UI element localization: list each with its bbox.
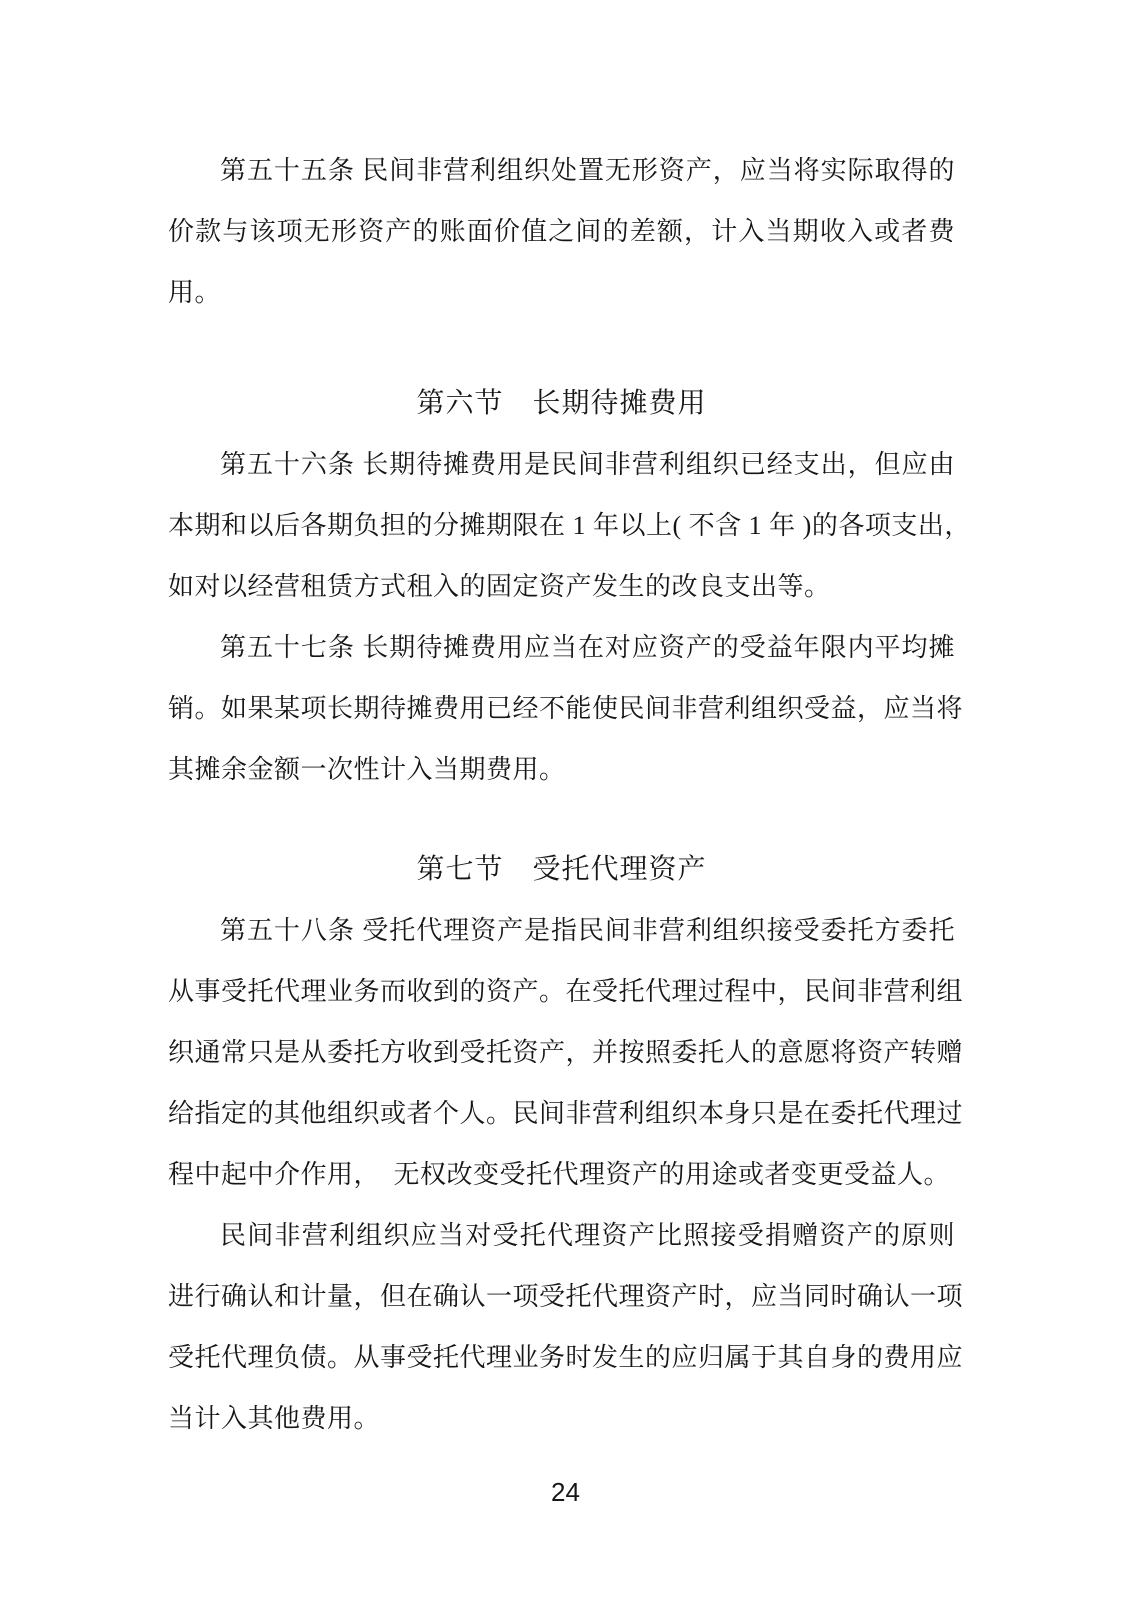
page-body: 第五十五条 民间非营利组织处置无形资产，应当将实际取得的 价款与该项无形资产的账…: [168, 140, 955, 1449]
article-57-line-3: 其摊余金额一次性计入当期费用。: [168, 739, 955, 800]
article-58-line-3: 织通常只是从委托方收到受托资产，并按照委托人的意愿将资产转赠: [168, 1022, 955, 1083]
article-57-line-1: 第五十七条 长期待摊费用应当在对应资产的受益年限内平均摊: [168, 617, 955, 678]
article-58-line-2: 从事受托代理业务而收到的资产。在受托代理过程中，民间非营利组: [168, 961, 955, 1022]
article-58-line-1: 第五十八条 受托代理资产是指民间非营利组织接受委托方委托: [168, 900, 955, 961]
article-58-line-4: 给指定的其他组织或者个人。民间非营利组织本身只是在委托代理过: [168, 1083, 955, 1144]
article-56-line-2: 本期和以后各期负担的分摊期限在 1 年以上( 不含 1 年 )的各项支出，: [168, 495, 955, 556]
document-page: 第五十五条 民间非营利组织处置无形资产，应当将实际取得的 价款与该项无形资产的账…: [0, 0, 1131, 1600]
article-56-line-3: 如对以经营租赁方式租入的固定资产发生的改良支出等。: [168, 556, 955, 617]
section-6-heading: 第六节 长期待摊费用: [168, 373, 955, 434]
article-58b-line-2: 进行确认和计量，但在确认一项受托代理资产时，应当同时确认一项: [168, 1266, 955, 1327]
paragraph-article-56: 第五十六条 长期待摊费用是民间非营利组织已经支出，但应由 本期和以后各期负担的分…: [168, 434, 955, 617]
article-56-line-1: 第五十六条 长期待摊费用是民间非营利组织已经支出，但应由: [168, 434, 955, 495]
paragraph-article-55: 第五十五条 民间非营利组织处置无形资产，应当将实际取得的 价款与该项无形资产的账…: [168, 140, 955, 323]
page-number: 24: [0, 1477, 1131, 1508]
paragraph-article-58: 第五十八条 受托代理资产是指民间非营利组织接受委托方委托 从事受托代理业务而收到…: [168, 900, 955, 1205]
article-55-line-3: 用。: [168, 262, 955, 323]
paragraph-article-58-continued: 民间非营利组织应当对受托代理资产比照接受捐赠资产的原则 进行确认和计量，但在确认…: [168, 1205, 955, 1449]
article-55-line-1: 第五十五条 民间非营利组织处置无形资产，应当将实际取得的: [168, 140, 955, 201]
article-57-line-2: 销。如果某项长期待摊费用已经不能使民间非营利组织受益，应当将: [168, 678, 955, 739]
article-58b-line-3: 受托代理负债。从事受托代理业务时发生的应归属于其自身的费用应: [168, 1327, 955, 1388]
article-58-line-5: 程中起中介作用， 无权改变受托代理资产的用途或者变更受益人。: [168, 1144, 955, 1205]
article-55-line-2: 价款与该项无形资产的账面价值之间的差额，计入当期收入或者费: [168, 201, 955, 262]
article-58b-line-1: 民间非营利组织应当对受托代理资产比照接受捐赠资产的原则: [168, 1205, 955, 1266]
article-58b-line-4: 当计入其他费用。: [168, 1388, 955, 1449]
paragraph-article-57: 第五十七条 长期待摊费用应当在对应资产的受益年限内平均摊 销。如果某项长期待摊费…: [168, 617, 955, 800]
section-7-heading: 第七节 受托代理资产: [168, 839, 955, 900]
